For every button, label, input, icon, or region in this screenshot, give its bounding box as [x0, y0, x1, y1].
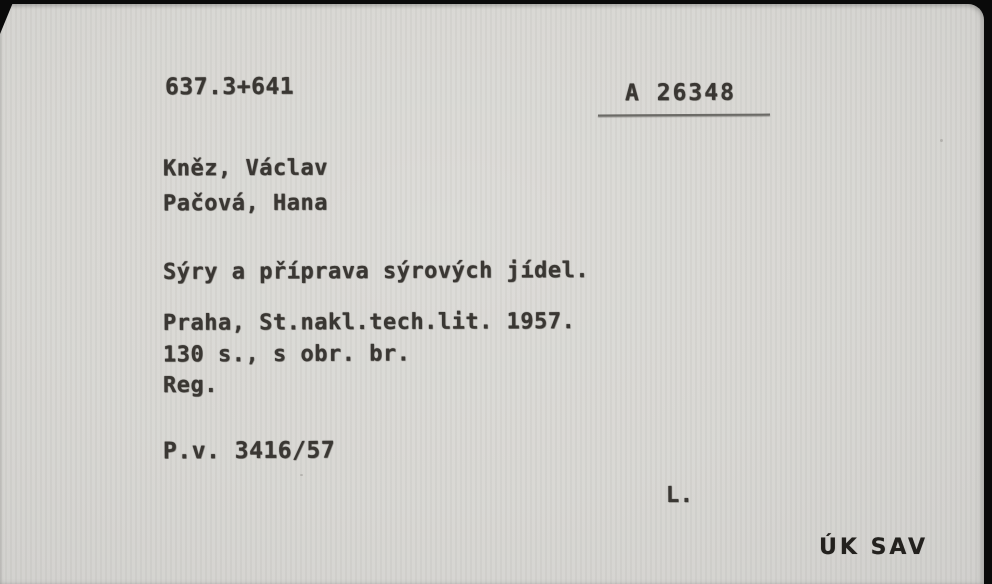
imprint-line: Praha, St.nakl.tech.lit. 1957.: [163, 309, 575, 336]
collation-line: 130 s., s obr. br.: [163, 341, 411, 367]
paper-speck: [940, 139, 943, 142]
call-number-underline: [598, 114, 770, 117]
cataloguer-initial: L.: [666, 483, 694, 508]
title-line: Sýry a příprava sýrových jídel.: [163, 258, 589, 285]
note-line: Reg.: [163, 373, 218, 398]
accession-number: P.v. 3416/57: [163, 438, 335, 465]
paper-speck: [300, 474, 303, 476]
catalog-card-scan: 637.3+641 A 26348 Kněz, Václav Pačová, H…: [0, 0, 992, 584]
author-line-1: Kněz, Václav: [163, 156, 328, 182]
call-number: A 26348: [625, 80, 736, 106]
classification-number: 637.3+641: [165, 74, 294, 101]
card-corner-clip: [0, 0, 14, 34]
library-stamp: ÚK SAV: [819, 535, 928, 560]
author-line-2: Pačová, Hana: [163, 191, 328, 217]
catalog-card-paper: 637.3+641 A 26348 Kněz, Václav Pačová, H…: [0, 4, 984, 584]
